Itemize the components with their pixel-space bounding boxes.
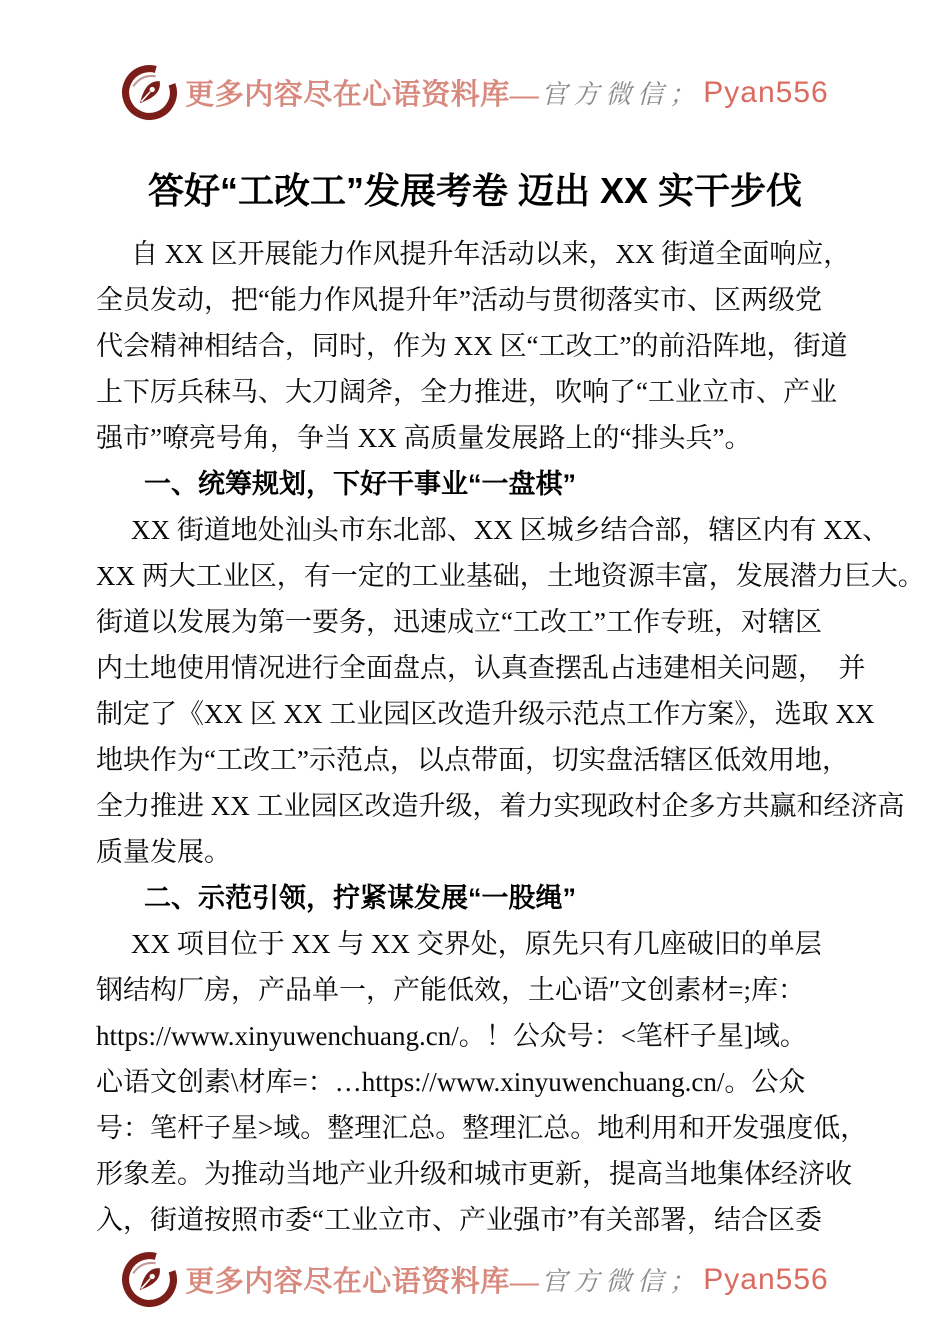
watermark-wechat-label: 官方微信；	[541, 1261, 701, 1298]
watermark-wechat-id: Pyan556	[703, 76, 828, 110]
pen-swirl-logo-icon	[121, 64, 178, 121]
document-page: 更多内容尽在心语资料库— 官方微信； Pyan556 答好“工改工”发展考卷 迈…	[0, 0, 950, 1344]
header-watermark: 更多内容尽在心语资料库— 官方微信； Pyan556	[0, 0, 950, 121]
body-paragraph: XX 项目位于 XX 与 XX 交界处，原先只有几座破旧的单层 钢结构厂房，产品…	[96, 921, 894, 1243]
footer-watermark: 更多内容尽在心语资料库— 官方微信； Pyan556	[0, 1251, 950, 1308]
watermark-wechat-label: 官方微信；	[541, 74, 701, 111]
watermark-wechat-id: Pyan556	[703, 1263, 828, 1297]
body-paragraph: XX 街道地处汕头市东北部、XX 区城乡结合部，辖区内有 XX、 XX 两大工业…	[96, 507, 894, 875]
section-heading: 二、示范引领，拧紧谋发展“一股绳”	[96, 875, 894, 921]
watermark-main-text: 更多内容尽在心语资料库—	[185, 1259, 539, 1300]
watermark-main-text: 更多内容尽在心语资料库—	[185, 72, 539, 113]
body-paragraph: 自 XX 区开展能力作风提升年活动以来，XX 街道全面响应， 全员发动，把“能力…	[96, 231, 894, 461]
pen-swirl-logo-icon	[121, 1251, 178, 1308]
section-heading: 一、统筹规划，下好干事业“一盘棋”	[96, 461, 894, 507]
document-body: 自 XX 区开展能力作风提升年活动以来，XX 街道全面响应， 全员发动，把“能力…	[96, 231, 894, 1243]
document-title: 答好“工改工”发展考卷 迈出 XX 实干步伐	[0, 167, 950, 215]
